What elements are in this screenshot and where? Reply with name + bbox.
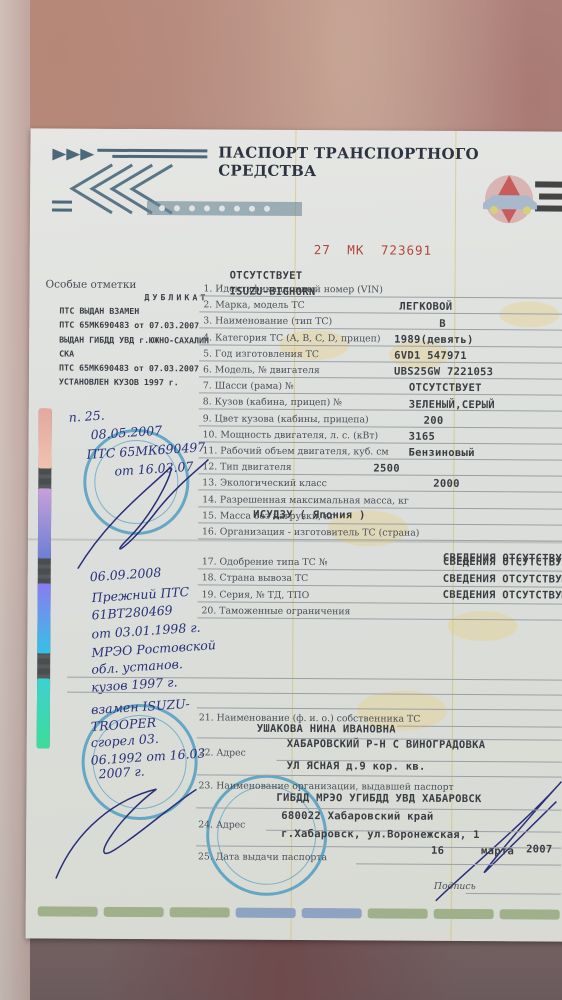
field-label: 17. Одобрение типа ТС № (202, 557, 328, 569)
field-value: 2000 (433, 477, 460, 489)
note-line: ПТС ВЫДАН ВЗАМЕН (59, 304, 209, 319)
field-value: ISUZU-BIGHORN (229, 286, 315, 299)
issue-date-year: 2007 (526, 843, 553, 855)
series-number: 27 МК 723691 (314, 242, 432, 258)
security-band (26, 906, 562, 923)
owner-name: УШАКОВА НИНА ИВАНОВНА (257, 723, 396, 736)
vehicle-passport: ПАСПОРТ ТРАНСПОРТНОГО СРЕДСТВА 27 МК 723… (26, 128, 562, 941)
note-line: ПТС 65МК690483 от 07.03.2007 (59, 318, 209, 333)
field-label: 12. Тип двигателя (202, 462, 291, 474)
handwritten-note: МРЭО Ростовской (91, 637, 216, 660)
owner-address-line2: УЛ ЯСНАЯ д.9 кор. кв. (287, 760, 426, 773)
field-value: СВЕДЕНИЯ ОТСУТСТВУЮТ (443, 589, 562, 602)
owner-address-line1: ХАБАРОВСКИЙ Р-Н С ВИНОГРАДОВКА (287, 738, 486, 751)
issuer-address-line2: г.Хабаровск, ул.Воронежская, 1 (281, 828, 480, 841)
vehicle-fields: 1. Идентификационный номер (VIN)ОТСУТСТВ… (200, 279, 562, 281)
field-label: 7. Шасси (рама) № (203, 381, 294, 393)
field-value: 2500 (373, 463, 400, 475)
field-row: 20. Таможенные ограниченияСВЕДЕНИЯ ОТСУТ… (197, 601, 562, 620)
series-letters: МК (347, 242, 364, 257)
note-line: ПТС 65МК690483 от 07.03.2007 (59, 361, 209, 376)
field-label: 16. Организация - изготовитель ТС (стран… (202, 526, 419, 538)
issue-date-day: 16 (431, 845, 444, 857)
field-label: 14. Разрешенная максимальная масса, кг (202, 494, 409, 506)
divider (67, 692, 562, 696)
note-line: ВЫДАН ГИБДД УВД г.ЮЖНО-САХАЛИН (59, 332, 209, 347)
field-value: ЗЕЛЕНЫЙ,СЕРЫЙ (409, 398, 495, 411)
field-label: 5. Год изготовления ТС (203, 348, 319, 360)
handwritten-note: п. 25. (68, 408, 105, 425)
field-value: ОТСУТСТВУЕТ (230, 270, 303, 282)
field-value: СВЕДЕНИЯ ОТСУТСТВУЮТ (443, 556, 562, 569)
issuer-org: ГИБДД МРЭО УГИБДД УВД ХАБАРОВСК (276, 792, 481, 805)
note-line: УСТАНОВЛЕН КУЗОВ 1997 г. (59, 375, 209, 390)
field-value: 1989(девять) (394, 333, 474, 345)
field-label: 20. Таможенные ограничения (202, 605, 351, 617)
field-label: 3. Наименование (тип ТС) (203, 316, 332, 328)
field-label: 11. Рабочий объем двигателя, куб. см (202, 445, 388, 457)
field-value: UBS25GW 7221053 (394, 366, 493, 379)
signature-scribble (68, 429, 219, 580)
field-label: 13. Экологический класс (202, 478, 327, 490)
issuer-address-label: 24. Адрес (198, 819, 245, 830)
issuer-label: 23. Наименование организации, выдавшей п… (198, 780, 453, 793)
special-notes: ДУБЛИКАТ ПТС ВЫДАН ВЗАМЕН ПТС 65МК690483… (59, 290, 209, 390)
field-label: 10. Мощность двигателя, л. с. (кВт) (203, 429, 379, 441)
issue-date-label: 25. Дата выдачи паспорта (198, 851, 327, 863)
field-row: 16. Организация - изготовитель ТС (стран… (198, 522, 562, 541)
issue-date-month: марта (481, 845, 514, 857)
hologram-strip (37, 408, 52, 748)
field-value: 200 (424, 415, 444, 427)
issuer-address-line1: 680022 Хабаровский край (281, 810, 433, 823)
field-value: ИСУДЗУ ( Япония ) (253, 509, 366, 522)
field-label: 19. Серия, № ТД, ТПО (202, 589, 310, 601)
car-emblem-icon (479, 173, 562, 224)
field-value: В (439, 317, 446, 329)
field-value: СВЕДЕНИЯ ОТСУТСТВУЮТ (443, 572, 562, 585)
field-value: Бензиновый (408, 447, 474, 459)
field-value: 6VD1 547971 (394, 350, 467, 362)
handwritten-note: 61ВТ280469 (91, 602, 173, 622)
series-digits: 723691 (381, 242, 432, 257)
field-label: 18. Страна вывоза ТС (202, 573, 309, 585)
field-label: 2. Марка, модель ТС (203, 300, 304, 312)
handwritten-note: Прежний ПТС (91, 584, 189, 605)
series-region: 27 (314, 242, 331, 257)
signature-label: Подпись (434, 881, 476, 892)
note-line: СКА (59, 346, 209, 361)
note-line: ДУБЛИКАТ (59, 290, 209, 305)
field-value: ЛЕГКОВОЙ (399, 301, 452, 313)
field-label: 6. Модель, № двигателя (203, 364, 320, 376)
field-label: 4. Категория ТС (A, B, C, D, прицеп) (203, 332, 380, 344)
owner-address-label: 22. Адрес (199, 747, 246, 758)
field-value: 3165 (409, 431, 436, 443)
field-value: ОТСУТСТВУЕТ (409, 382, 482, 394)
field-label: 8. Кузов (кабина, прицеп) № (203, 397, 342, 409)
field-label: 9. Цвет кузова (кабины, прицепа) (203, 413, 369, 425)
handwritten-note: взамен ISUZU- (91, 696, 191, 717)
signature-scribble (46, 768, 207, 889)
